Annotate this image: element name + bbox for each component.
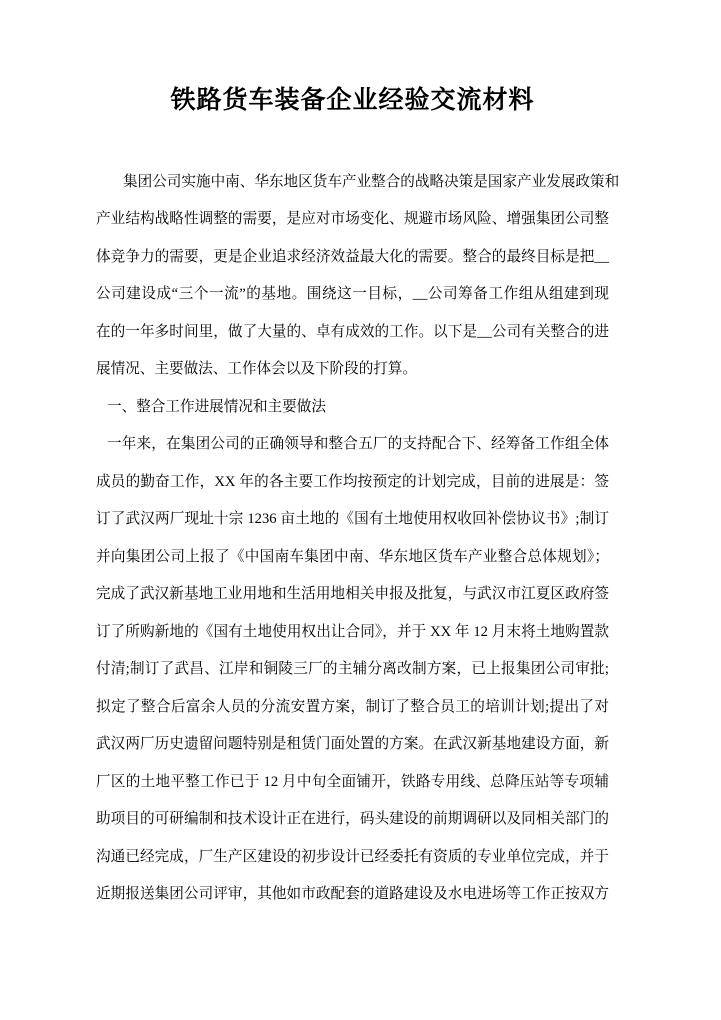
paragraph1-line-5: 在的一年多时间里，做了大量的、卓有成效的工作。以下是__公司有关整合的进 bbox=[96, 314, 609, 352]
section-heading-1: 一、整合工作进展情况和主要做法 bbox=[96, 389, 609, 427]
paragraph1-line-3: 体竞争力的需要，更是企业追求经济效益最大化的需要。整合的最终目标是把__ bbox=[96, 239, 609, 277]
paragraph1-line-2: 产业结构战略性调整的需要，是应对市场变化、规避市场风险、增强集团公司整 bbox=[96, 201, 609, 239]
paragraph2-line-6: 订了所购新地的《国有土地使用权出让合同》，并于 XX 年 12 月末将土地购置款 bbox=[96, 614, 609, 652]
paragraph2-line-8: 拟定了整合后富余人员的分流安置方案，制订了整合员工的培训计划;提出了对 bbox=[96, 689, 609, 727]
paragraph2-line-7: 付清;制订了武昌、江岸和铜陵三厂的主辅分离改制方案，已上报集团公司审批; bbox=[96, 651, 609, 689]
paragraph1-line-4: 公司建设成“三个一流”的基地。围绕这一目标，__公司筹备工作组从组建到现 bbox=[96, 276, 609, 314]
paragraph2-line-5: 完成了武汉新基地工业用地和生活用地相关申报及批复，与武汉市江夏区政府签 bbox=[96, 576, 609, 614]
paragraph2-line-2: 成员的勤奋工作，XX 年的各主要工作均按预定的计划完成，目前的进展是：签 bbox=[96, 464, 609, 502]
document-body: 铁路货车装备企业经验交流材料 集团公司实施中南、华东地区货车产业整合的战略决策是… bbox=[96, 82, 609, 914]
paragraph1-line-1: 集团公司实施中南、华东地区货车产业整合的战略决策是国家产业发展政策和 bbox=[96, 164, 609, 202]
paragraph2-line-10: 厂区的土地平整工作已于 12 月中旬全面铺开，铁路专用线、总降压站等专项辅 bbox=[96, 764, 609, 802]
paragraph2-line-11: 助项目的可研编制和技术设计正在进行，码头建设的前期调研以及同相关部门的 bbox=[96, 801, 609, 839]
paragraph2-line-12: 沟通已经完成，厂生产区建设的初步设计已经委托有资质的专业单位完成，并于 bbox=[96, 839, 609, 877]
document-page: 铁路货车装备企业经验交流材料 集团公司实施中南、华东地区货车产业整合的战略决策是… bbox=[0, 0, 721, 1020]
document-title: 铁路货车装备企业经验交流材料 bbox=[96, 82, 609, 120]
paragraph2-line-1: 一年来，在集团公司的正确领导和整合五厂的支持配合下、经筹备工作组全体 bbox=[96, 426, 609, 464]
paragraph2-line-13: 近期报送集团公司评审，其他如市政配套的道路建设及水电进场等工作正按双方 bbox=[96, 876, 609, 914]
paragraph2-line-3: 订了武汉两厂现址十宗 1236 亩土地的《国有土地使用权收回补偿协议书》;制订 bbox=[96, 501, 609, 539]
paragraph2-line-4: 并向集团公司上报了《中国南车集团中南、华东地区货车产业整合总体规划》； bbox=[96, 539, 609, 577]
paragraph1-line-6: 展情况、主要做法、工作体会以及下阶段的打算。 bbox=[96, 351, 609, 389]
paragraph2-line-9: 武汉两厂历史遗留问题特别是租赁门面处置的方案。在武汉新基地建设方面，新 bbox=[96, 726, 609, 764]
